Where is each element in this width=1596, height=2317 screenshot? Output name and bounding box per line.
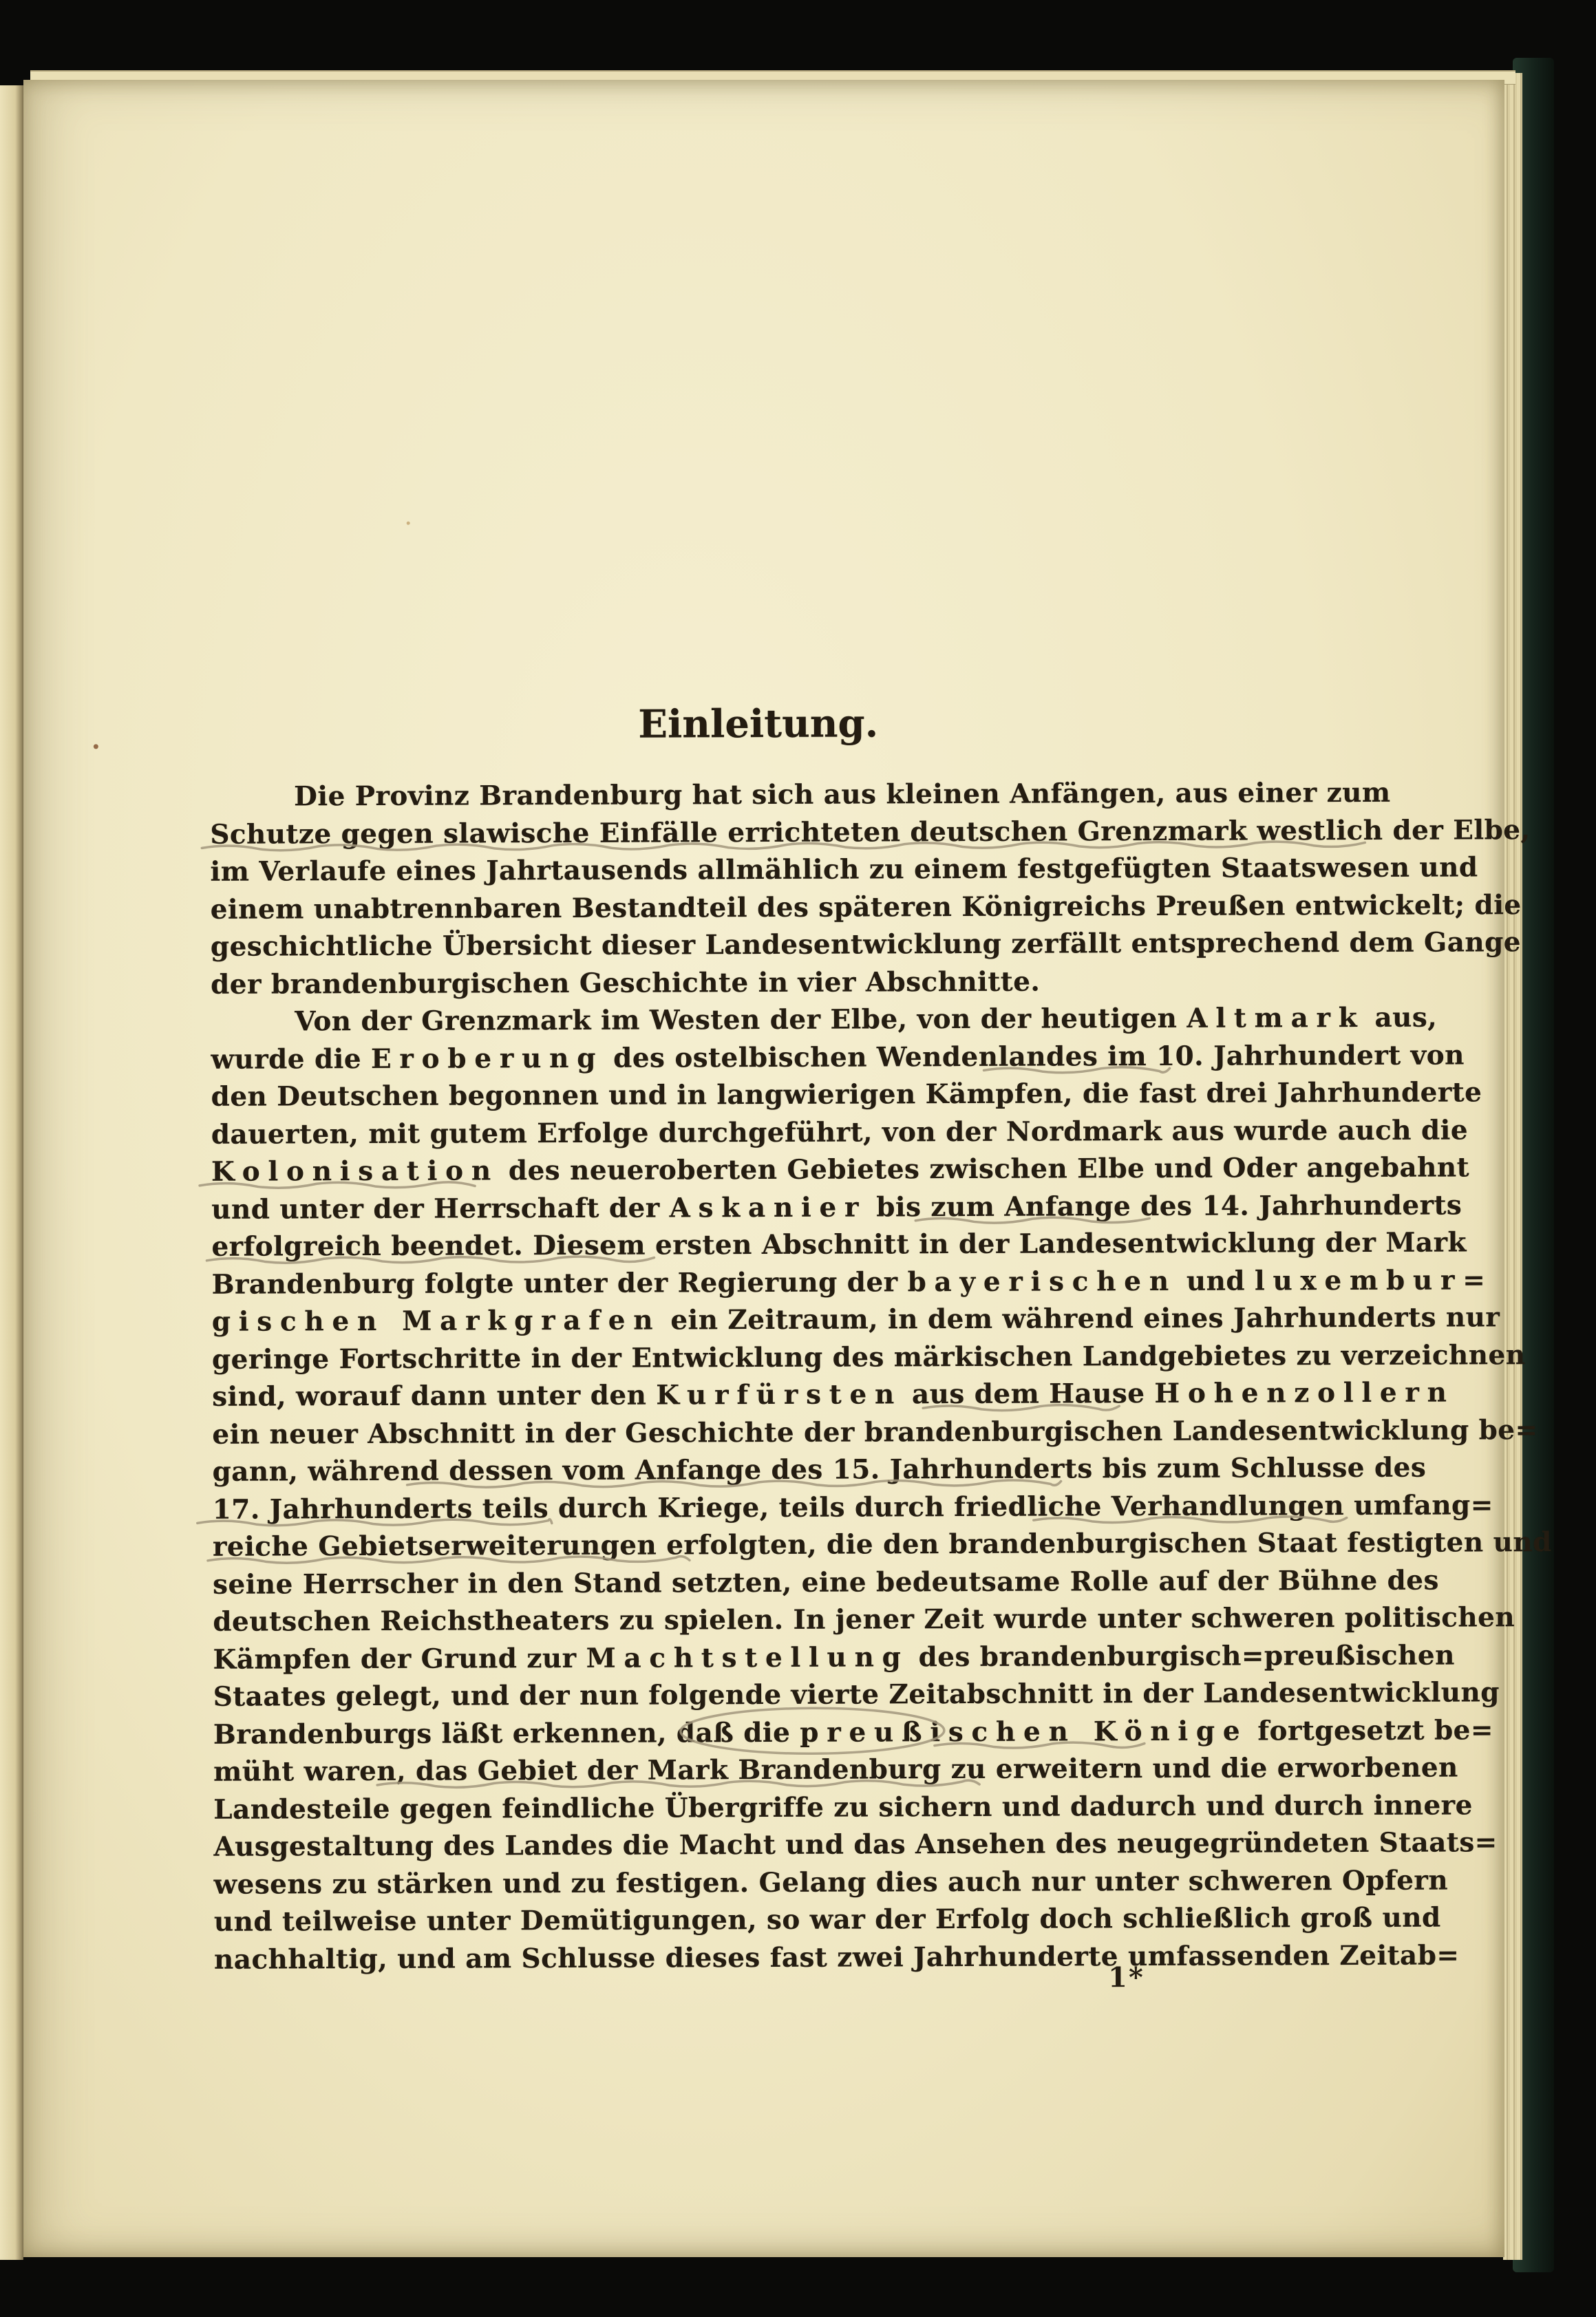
text-line: gann, während dessen vom Anfange des 15.… [212, 1449, 1370, 1491]
paper-speck [1049, 1579, 1052, 1582]
page-content: Einleitung. Die Provinz Brandenburg hat … [19, 77, 1508, 2259]
text-line: Kolonisation des neueroberten Gebietes z… [211, 1149, 1369, 1190]
text-line: 17. Jahrhunderts teils durch Kriege, tei… [213, 1486, 1370, 1528]
spaced-word: preußischen Könige [800, 1715, 1248, 1748]
text-line: Brandenburg folgte unter der Regierung d… [211, 1261, 1369, 1303]
spaced-word: gischen Markgrafen [212, 1305, 661, 1338]
text-line: und teilweise unter Demütigungen, so war… [214, 1899, 1372, 1941]
text-line: nachhaltig, und am Schlusse dieses fast … [214, 1936, 1372, 1978]
page-title: Einleitung. [180, 699, 1337, 749]
text-line: wurde die Eroberung des ostelbischen Wen… [211, 1036, 1368, 1078]
text-line: seine Herrscher in den Stand setzten, ei… [213, 1561, 1370, 1603]
text-line: geringe Fortschritte in der Entwicklung … [212, 1336, 1370, 1378]
text-line: erfolgreich beendet. Diesem ersten Absch… [211, 1224, 1369, 1266]
text-line: ein neuer Abschnitt in der Geschichte de… [212, 1411, 1370, 1453]
text-line: Brandenburgs läßt erkennen, daß die preu… [213, 1711, 1371, 1753]
spaced-word: Machtstellung [586, 1641, 908, 1674]
spaced-word: Altmark [1187, 1002, 1365, 1034]
spaced-word: luxembur= [1255, 1264, 1493, 1296]
book-page: Einleitung. Die Provinz Brandenburg hat … [23, 80, 1504, 2257]
text-line: Die Provinz Brandenburg hat sich aus kle… [210, 774, 1368, 815]
text-line: Ausgestaltung des Landes die Macht und d… [213, 1824, 1371, 1866]
text-line: geschichtliche Übersicht dieser Landesen… [211, 924, 1368, 965]
text-line: im Verlaufe eines Jahrtausends allmählic… [210, 849, 1368, 890]
text-line: den Deutschen begonnen und in langwierig… [211, 1074, 1369, 1115]
text-line: Kämpfen der Grund zur Machtstellung des … [213, 1636, 1370, 1678]
spaced-word: Kurfürsten [656, 1378, 902, 1411]
spaced-word: bayerischen [907, 1265, 1176, 1297]
text-line: dauerten, mit gutem Erfolge durchgeführt… [211, 1111, 1369, 1153]
paper-speck [407, 522, 410, 525]
text-line: sind, worauf dann unter den Kurfürsten a… [212, 1374, 1370, 1416]
text-line: reiche Gebietserweiterungen erfolgten, d… [213, 1524, 1370, 1566]
text-line: einem unabtrennbaren Bestandteil des spä… [211, 886, 1368, 928]
text-line: Schutze gegen slawische Einfälle erricht… [210, 811, 1368, 853]
text-line: der brandenburgischen Geschichte in vier… [211, 961, 1368, 1003]
text-line: Staates gelegt, und der nun folgende vie… [213, 1674, 1371, 1716]
text-line: deutschen Reichstheaters zu spielen. In … [213, 1599, 1370, 1641]
spaced-word: Kolonisation [211, 1155, 499, 1187]
spaced-word: Askanier [670, 1191, 867, 1224]
paper-speck [94, 744, 98, 749]
text-line: Von der Grenzmark im Westen der Elbe, vo… [211, 999, 1368, 1040]
spaced-word: Eroberung [371, 1042, 604, 1074]
spaced-word: Hohenzollern [1154, 1376, 1454, 1409]
text-line: müht waren, das Gebiet der Mark Brandenb… [213, 1749, 1371, 1791]
signature-mark: 1* [1108, 1961, 1145, 1994]
text-line: und unter der Herrschaft der Askanier bi… [211, 1186, 1369, 1228]
text-block: Die Provinz Brandenburg hat sich aus kle… [210, 774, 1372, 1978]
text-line: Landesteile gegen feindliche Übergriffe … [213, 1786, 1371, 1828]
scan-background: Einleitung. Die Provinz Brandenburg hat … [0, 0, 1596, 2317]
text-line: gischen Markgrafen ein Zeitraum, in dem … [212, 1299, 1370, 1341]
facing-page-gutter [0, 85, 23, 2260]
text-line: wesens zu stärken und zu festigen. Gelan… [214, 1861, 1372, 1903]
